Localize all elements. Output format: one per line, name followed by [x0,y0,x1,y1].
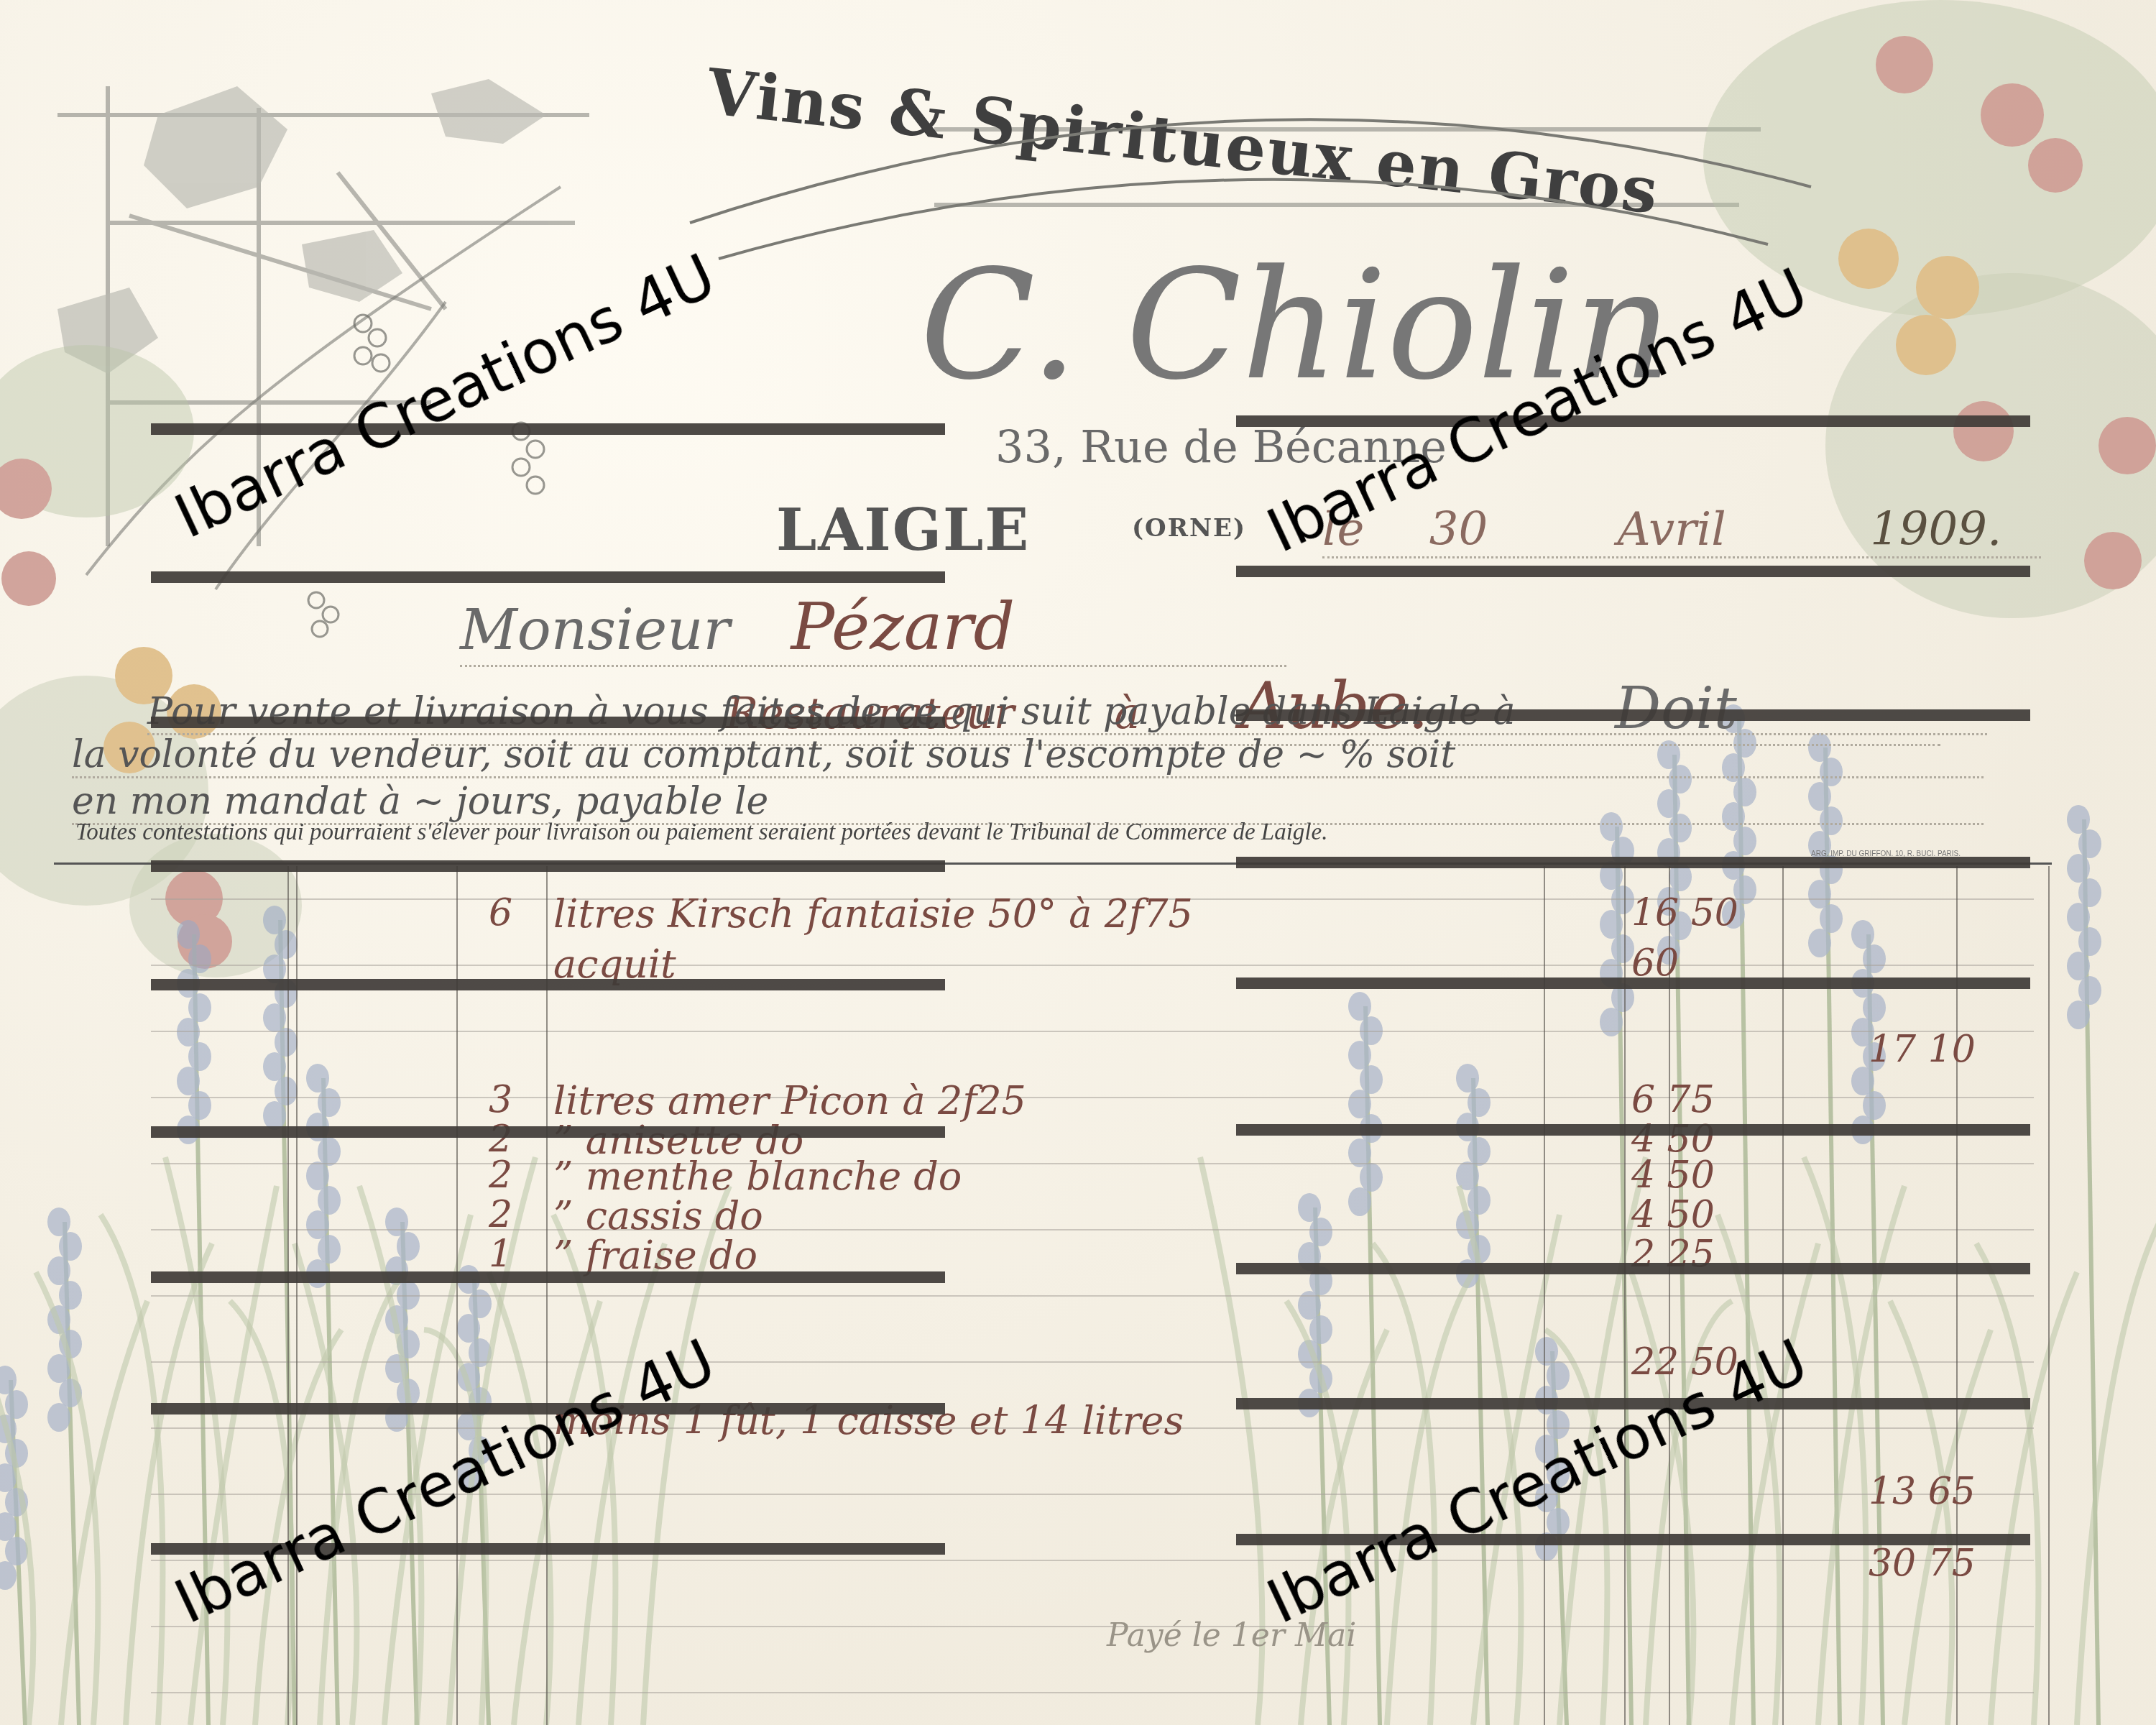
overlay-bar [1236,1124,2030,1136]
row-total: 17 10 [1869,1028,1976,1071]
row-description: ” cassis do [553,1193,763,1238]
ledger-rule [151,1295,2034,1297]
row-total: 30 75 [1869,1542,1976,1585]
overlay-bar [151,1126,945,1138]
overlay-bar [151,1271,945,1283]
salutation: Monsieur [460,598,730,663]
paid-note: Payé le 1er Mai [1107,1617,1356,1654]
ledger-rule [151,965,2034,966]
row-description: ” menthe blanche do [553,1154,962,1199]
date-day: 30 [1429,503,1488,556]
ledger-rule [151,1692,2034,1693]
row-amount: 4 50 [1631,1193,1715,1236]
overlay-bar [1236,977,2030,989]
overlay-bar [1236,566,2030,577]
ledger-rule [151,1097,2034,1098]
row-description: litres amer Picon à 2f25 [553,1078,1026,1123]
grape-leaf-icon [57,79,546,374]
invoice-date: le 30 Avril 1909. [1322,503,2041,558]
merchant-region: (ORNE) [1132,514,1246,543]
row-description: litres Kirsch fantaisie 50° à 2f75 [553,891,1193,937]
terms-line-3: en mon mandat à ~ jours, payable le [72,780,1984,825]
merchant-town: LAIGLE [776,496,1030,563]
terms-line-2: la volonté du vendeur, soit au comptant,… [72,733,1984,778]
row-qty: 1 [489,1233,512,1276]
row-qty: 3 [489,1078,512,1121]
overlay-bar [1236,857,2030,868]
row-qty: 2 [489,1154,512,1197]
overlay-bar [151,860,945,872]
recipient-name: Pézard [791,589,1015,665]
row-qty: 2 [489,1193,512,1236]
ledger-rule [151,1229,2034,1230]
overlay-bar [151,717,945,728]
date-year: 1909. [1870,503,2001,556]
ledger-rule [151,1163,2034,1164]
row-qty: 6 [489,891,512,934]
overlay-bar [151,423,945,435]
row-total: 13 65 [1869,1470,1976,1513]
recipient-line: Monsieur Pézard [460,589,1286,667]
overlay-bar [1236,1263,2030,1274]
row-amount: 4 50 [1631,1154,1715,1197]
row-amount: 16 50 [1631,891,1738,934]
overlay-bar [1236,415,2030,427]
overlay-bar [151,571,945,583]
ledger-rule [151,1560,2034,1561]
overlay-bar [151,979,945,990]
ledger-rule [151,1031,2034,1032]
legal-notice: Toutes contestations qui pourraient s'él… [75,819,1327,846]
row-amount: 6 75 [1631,1078,1715,1121]
overlay-bar [1236,709,2030,721]
ledger-rule [151,1626,2034,1627]
date-month: Avril [1617,503,1726,556]
